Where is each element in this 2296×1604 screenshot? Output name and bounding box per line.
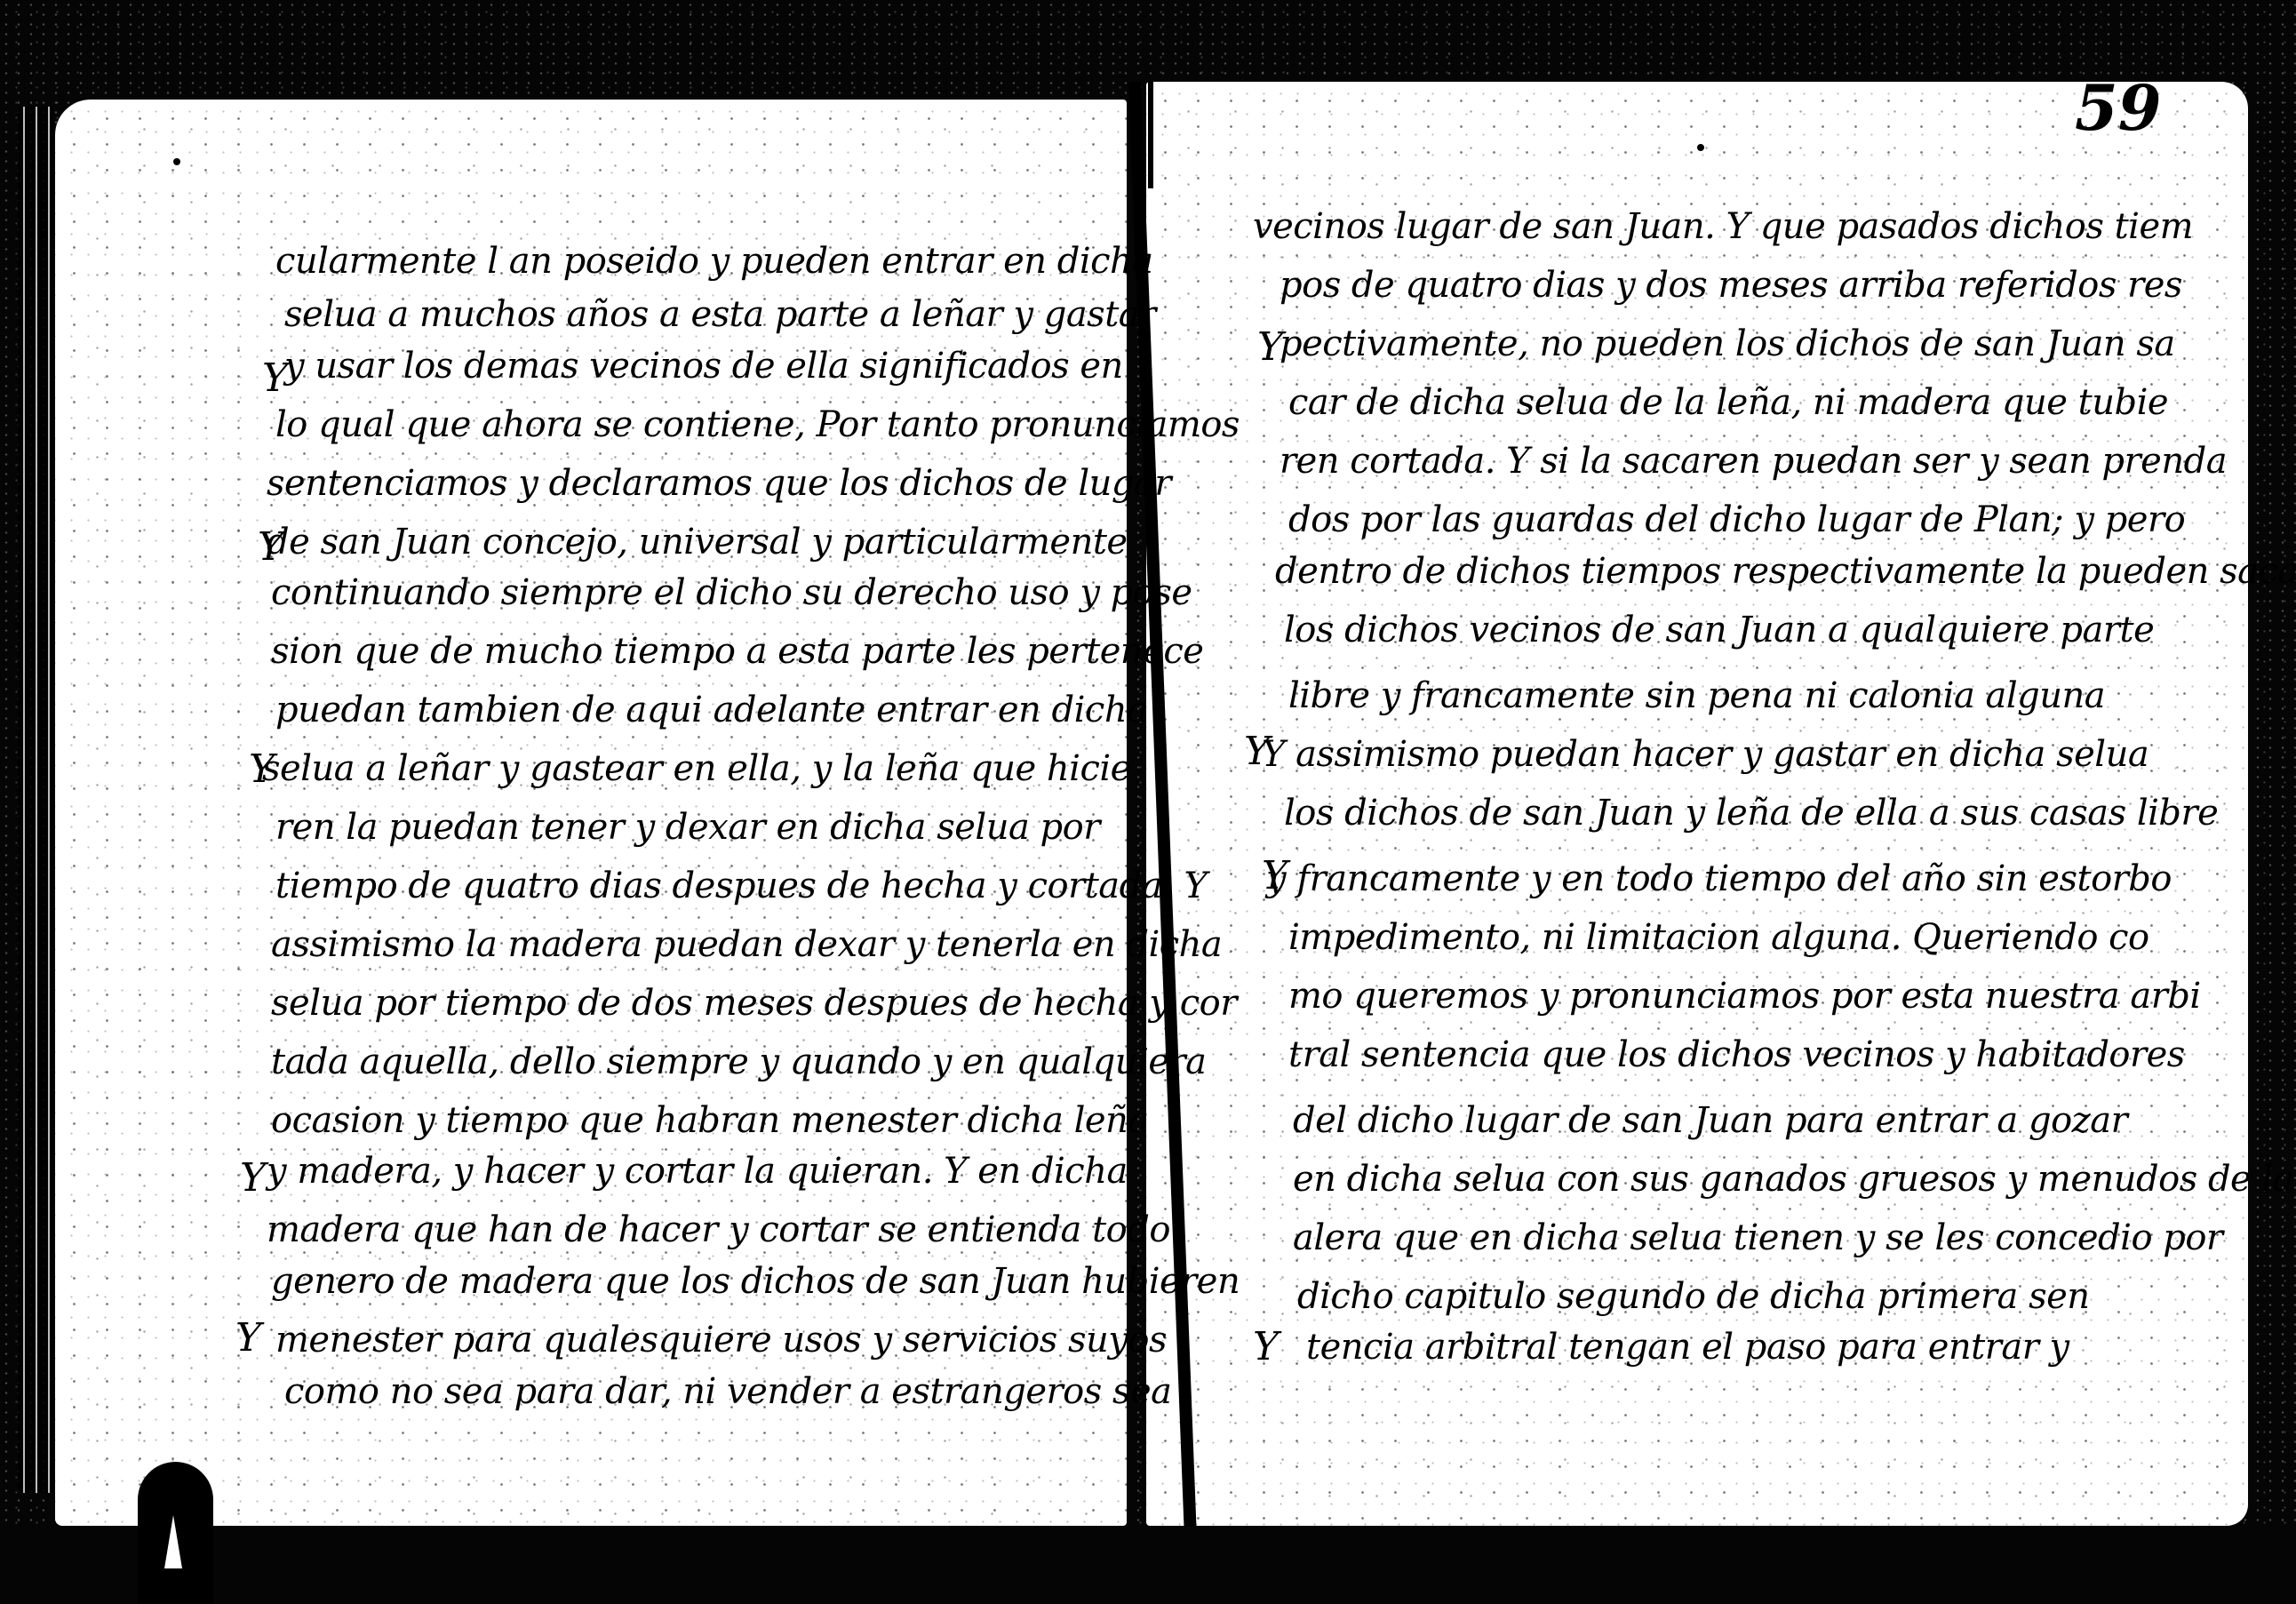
text-line: lo qual que ahora se contiene, Por tanto… (275, 403, 1240, 446)
book-edge-left (18, 107, 53, 1493)
text-line: tral sentencia que los dichos vecinos y … (1288, 1033, 2185, 1076)
text-line: sentenciamos y declaramos que los dichos… (267, 462, 1171, 505)
margin-mark: Y (249, 746, 275, 792)
text-line: impedimento, ni limitacion alguna. Queri… (1288, 916, 2149, 959)
ink-blot (173, 158, 180, 165)
text-line: tencia arbitral tengan el paso para entr… (1306, 1326, 2069, 1369)
text-line: sion que de mucho tiempo a esta parte le… (271, 630, 1203, 673)
text-line: mo queremos y pronunciamos por esta nues… (1288, 975, 2201, 1017)
text-line: dicho capitulo segundo de dicha primera … (1297, 1275, 2090, 1318)
text-line: car de dicha selua de la leña, ni madera… (1288, 381, 2168, 424)
text-line: vecinos lugar de san Juan. Y que pasados… (1253, 205, 2193, 248)
margin-mark: Y (1262, 853, 1288, 898)
text-line: como no sea para dar, ni vender a estran… (284, 1370, 1172, 1413)
text-line: ren la puedan tener y dexar en dicha sel… (275, 806, 1100, 849)
page-corner-stain (138, 1462, 213, 1604)
text-line: y usar los demas vecinos de ella signifi… (284, 345, 1123, 387)
text-line: selua a muchos años a esta parte a leñar… (284, 293, 1156, 336)
text-line: libre y francamente sin pena ni calonia … (1288, 674, 2105, 717)
text-line: del dicho lugar de san Juan para entrar … (1293, 1099, 2127, 1142)
text-line: alera que en dicha selua tienen y se les… (1293, 1217, 2223, 1259)
page-number: 59 (2075, 71, 2161, 145)
text-line: los dichos vecinos de san Juan a qualqui… (1284, 609, 2154, 651)
text-line: y francamente y en todo tiempo del año s… (1266, 858, 2172, 900)
text-line: continuando siempre el dicho su derecho … (271, 571, 1192, 614)
text-line: genero de madera que los dichos de san J… (271, 1260, 1240, 1303)
book-spine-gutter (1148, 82, 1153, 188)
text-line: pos de quatro dias y dos meses arriba re… (1280, 264, 2182, 307)
margin-mark: Y (1244, 729, 1270, 774)
text-line: puedan tambien de aqui adelante entrar e… (275, 689, 1147, 731)
text-line: assimismo la madera puedan dexar y tener… (271, 923, 1222, 966)
text-line: ocasion y tiempo que habran menester dic… (271, 1099, 1149, 1142)
text-line: ren cortada. Y si la sacaren puedan ser … (1280, 440, 2227, 483)
text-line: madera que han de hacer y cortar se enti… (267, 1209, 1170, 1251)
text-line: tada aquella, dello siempre y quando y e… (271, 1041, 1207, 1083)
text-line: de san Juan concejo, universal y particu… (267, 521, 1128, 563)
margin-mark: Y (1253, 1324, 1279, 1369)
text-line: selua por tiempo de dos meses despues de… (271, 982, 1237, 1025)
text-line: tiempo de quatro dias despues de hecha y… (275, 865, 1207, 907)
text-line: en dicha selua con sus ganados gruesos y… (1293, 1158, 2293, 1201)
margin-mark: Y (1257, 324, 1283, 370)
text-line: dos por las guardas del dicho lugar de P… (1288, 499, 2185, 541)
text-line: menester para qualesquiere usos y servic… (275, 1319, 1167, 1361)
text-line: los dichos de san Juan y leña de ella a … (1284, 792, 2218, 834)
text-line: selua a leñar y gastear en ella, y la le… (262, 747, 1131, 790)
scan-bottom-border (0, 1527, 2296, 1604)
margin-mark: Y (240, 1155, 266, 1201)
text-line: y madera, y hacer y cortar la quieran. Y… (267, 1150, 1128, 1193)
text-line: pectivamente, no pueden los dichos de sa… (1280, 323, 2175, 365)
text-line: dentro de dichos tiempos respectivamente… (1275, 550, 2296, 593)
text-line: Y assimismo puedan hacer y gastar en dic… (1262, 733, 2149, 776)
margin-mark: Y (262, 355, 288, 401)
ink-blot (1697, 144, 1704, 151)
text-line: cularmente l an poseido y pueden entrar … (275, 240, 1153, 283)
margin-mark: Y (235, 1315, 261, 1361)
margin-mark: Y (258, 524, 283, 570)
